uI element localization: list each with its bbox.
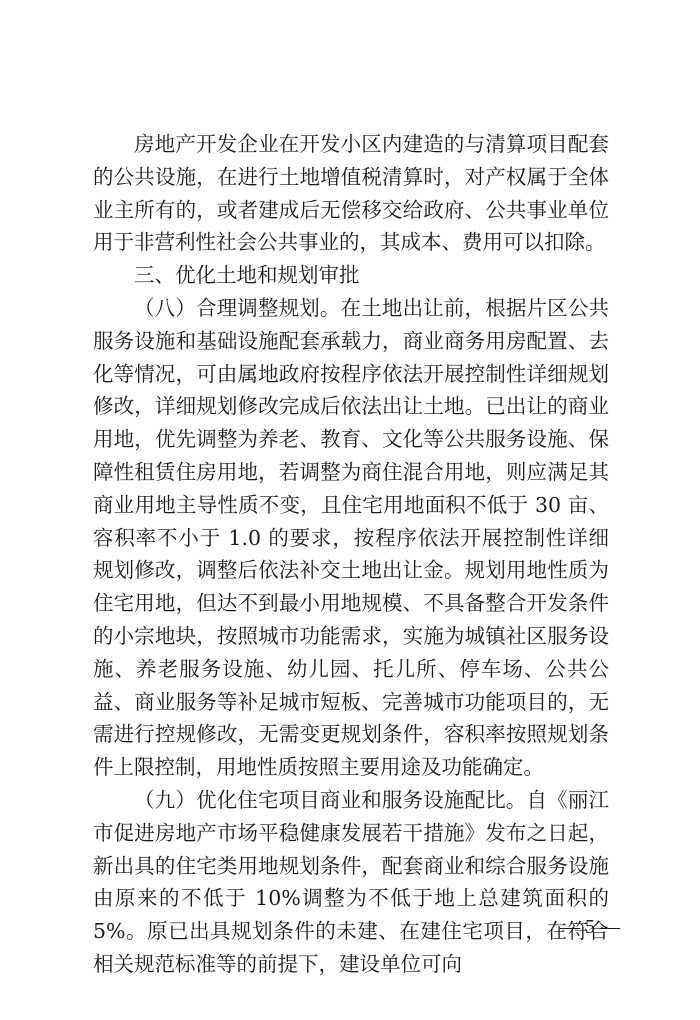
section-heading-land-planning: 三、优化土地和规划审批 [93,259,609,292]
document-page: 房地产开发企业在开发小区内建造的与清算项目配套的公共设施，在进行土地增值税清算时… [0,0,700,1020]
paragraph-item-9-optimize-ratio: （九）优化住宅项目商业和服务设施配比。自《丽江市促进房地产市场平稳健康发展若干措… [93,784,609,981]
paragraph-item-8-adjust-planning: （八）合理调整规划。在土地出让前，根据片区公共服务设施和基础设施配套承载力，商业… [93,292,609,784]
page-number: — 5 — [560,916,620,939]
paragraph-public-facilities: 房地产开发企业在开发小区内建造的与清算项目配套的公共设施，在进行土地增值税清算时… [93,128,609,259]
document-body: 房地产开发企业在开发小区内建造的与清算项目配套的公共设施，在进行土地增值税清算时… [93,128,609,981]
